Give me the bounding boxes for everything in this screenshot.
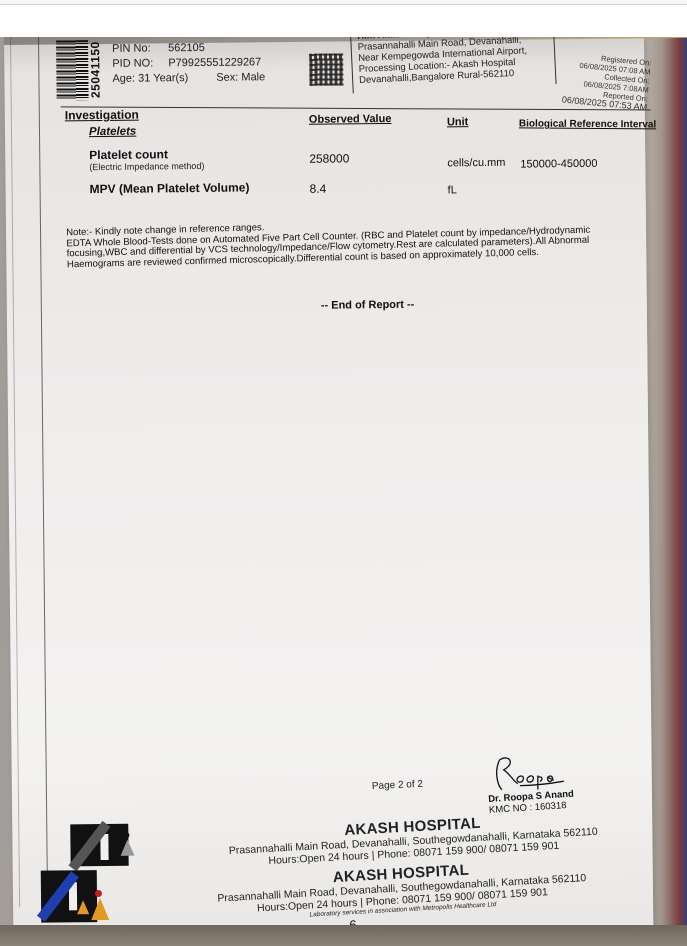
test-name: MPV (Mean Platelet Volume) <box>90 180 250 196</box>
lab-address: Him Akash Hospital - Ipd Prasannahalli M… <box>350 37 557 93</box>
header-investigation: Investigation <box>65 108 139 123</box>
header-observed-value: Observed Value <box>309 113 392 126</box>
barcode <box>56 40 89 100</box>
pin-label: PIN No: <box>112 41 168 57</box>
header-fold-shadow <box>4 37 687 45</box>
report-notes: Note:- Kindly note change in reference r… <box>66 213 647 270</box>
fold-line <box>10 37 20 907</box>
pid-value: P79925551229267 <box>168 56 261 69</box>
fold-line <box>38 37 48 907</box>
pin-value: 562105 <box>168 42 205 54</box>
pid-label: PID NO: <box>112 56 168 72</box>
sex-label: Sex: <box>216 72 238 84</box>
page-number: Page 2 of 2 <box>372 779 424 792</box>
age-value: 31 Year(s) <box>138 72 188 85</box>
patient-info: PIN No:562105 PID NO:P79925551229267 Age… <box>112 40 265 87</box>
section-title: Platelets <box>89 126 136 138</box>
qr-code <box>309 53 343 85</box>
header-reference-interval: Biological Reference Interval <box>519 118 656 130</box>
test-name: Platelet count <box>89 147 168 162</box>
lab-report-page: 25041150 PIN No:562105 PID NO:P799255512… <box>4 37 653 942</box>
image-viewer-frame: 25041150 PIN No:562105 PID NO:P799255512… <box>0 4 687 946</box>
barcode-number: 25041150 <box>88 41 103 98</box>
header-unit: Unit <box>447 116 469 128</box>
sex-value: Male <box>241 71 265 83</box>
test-value: 258000 <box>309 151 349 165</box>
test-value: 8.4 <box>310 182 327 196</box>
report-dates: Registered On: 06/08/2025 07:08 AM Colle… <box>547 49 652 112</box>
test-unit: fL <box>448 184 457 196</box>
end-of-report: -- End of Report -- <box>321 299 415 312</box>
report-photo: 25041150 PIN No:562105 PID NO:P799255512… <box>0 37 687 946</box>
background-surface <box>0 925 687 946</box>
test-unit: cells/cu.mm <box>447 157 505 170</box>
header-divider <box>61 106 651 110</box>
signature <box>492 751 572 792</box>
test-method: (Electric Impedance method) <box>89 161 204 172</box>
age-label: Age: <box>112 73 135 85</box>
test-reference: 150000-450000 <box>520 158 597 171</box>
